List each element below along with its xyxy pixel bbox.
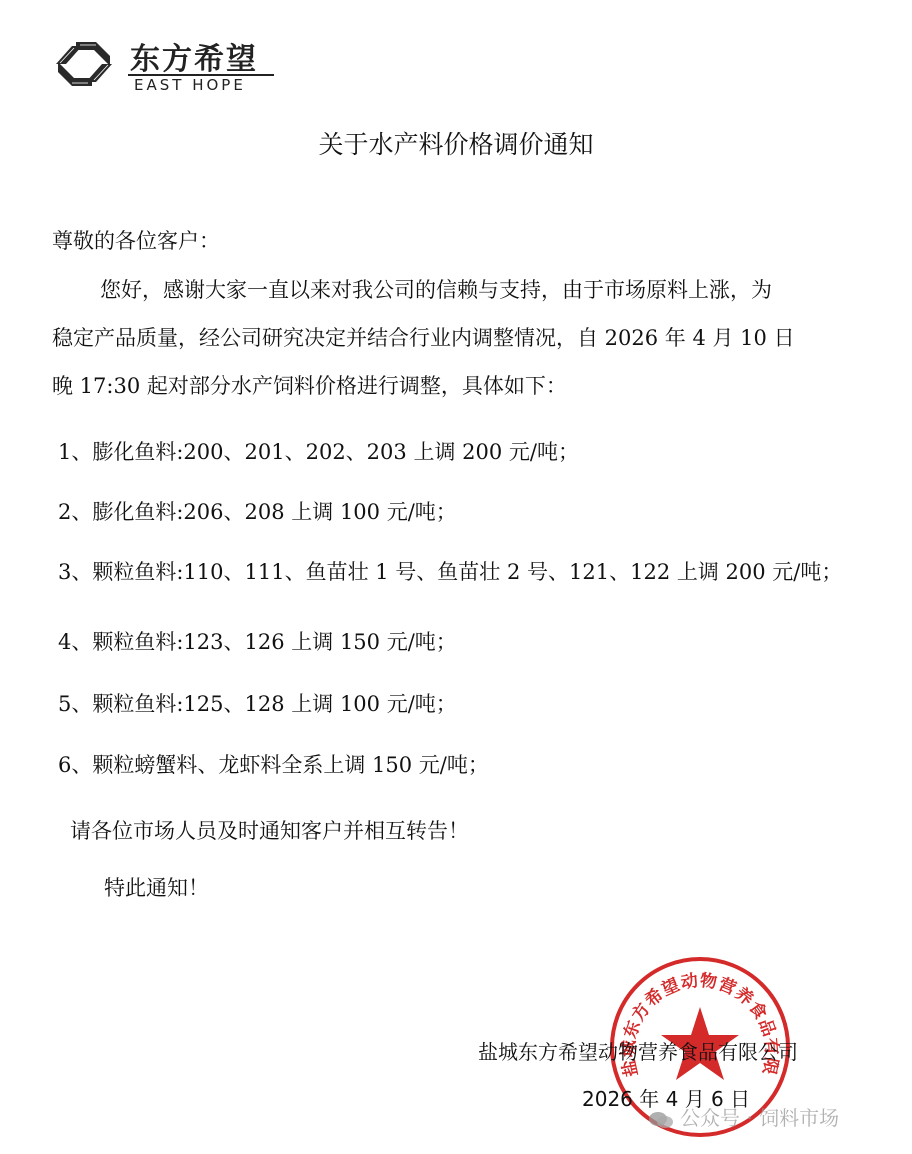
company-logo: 东方希望 EAST HOPE — [52, 32, 272, 94]
logo-english-text: EAST HOPE — [134, 76, 246, 94]
special-notice: 特此通知！ — [104, 872, 209, 902]
price-item-6: 6、颗粒螃蟹料、龙虾料全系上调 150 元/吨； — [58, 749, 489, 779]
watermark: 公众号 · 饲料市场 — [648, 1102, 839, 1131]
logo-chinese-text: 东方希望 — [130, 34, 258, 78]
document-title: 关于水产料价格调价通知 — [0, 125, 912, 161]
body-line-1: 您好，感谢大家一直以来对我公司的信赖与支持，由于市场原料上涨，为 — [100, 274, 772, 304]
watermark-text: 公众号 · 饲料市场 — [680, 1106, 839, 1130]
wechat-icon — [648, 1110, 674, 1130]
price-item-3: 3、颗粒鱼料:110、111、鱼苗壮 1 号、鱼苗壮 2 号、121、122 上… — [58, 556, 842, 586]
body-line-3: 晚 17:30 起对部分水产饲料价格进行调整，具体如下： — [52, 370, 567, 400]
signature-company: 盐城东方希望动物营养食品有限公司 — [478, 1036, 798, 1065]
price-item-2: 2、膨化鱼料:206、208 上调 100 元/吨； — [58, 496, 457, 526]
price-item-1: 1、膨化鱼料:200、201、202、203 上调 200 元/吨； — [58, 436, 579, 466]
closing-request: 请各位市场人员及时通知客户并相互转告！ — [70, 815, 469, 845]
greeting: 尊敬的各位客户： — [52, 225, 220, 255]
east-hope-logo-icon — [52, 36, 116, 92]
price-item-5: 5、颗粒鱼料:125、128 上调 100 元/吨； — [58, 688, 457, 718]
price-item-4: 4、颗粒鱼料:123、126 上调 150 元/吨； — [58, 626, 457, 656]
body-line-2: 稳定产品质量，经公司研究决定并结合行业内调整情况，自 2026 年 4 月 10… — [52, 322, 795, 352]
